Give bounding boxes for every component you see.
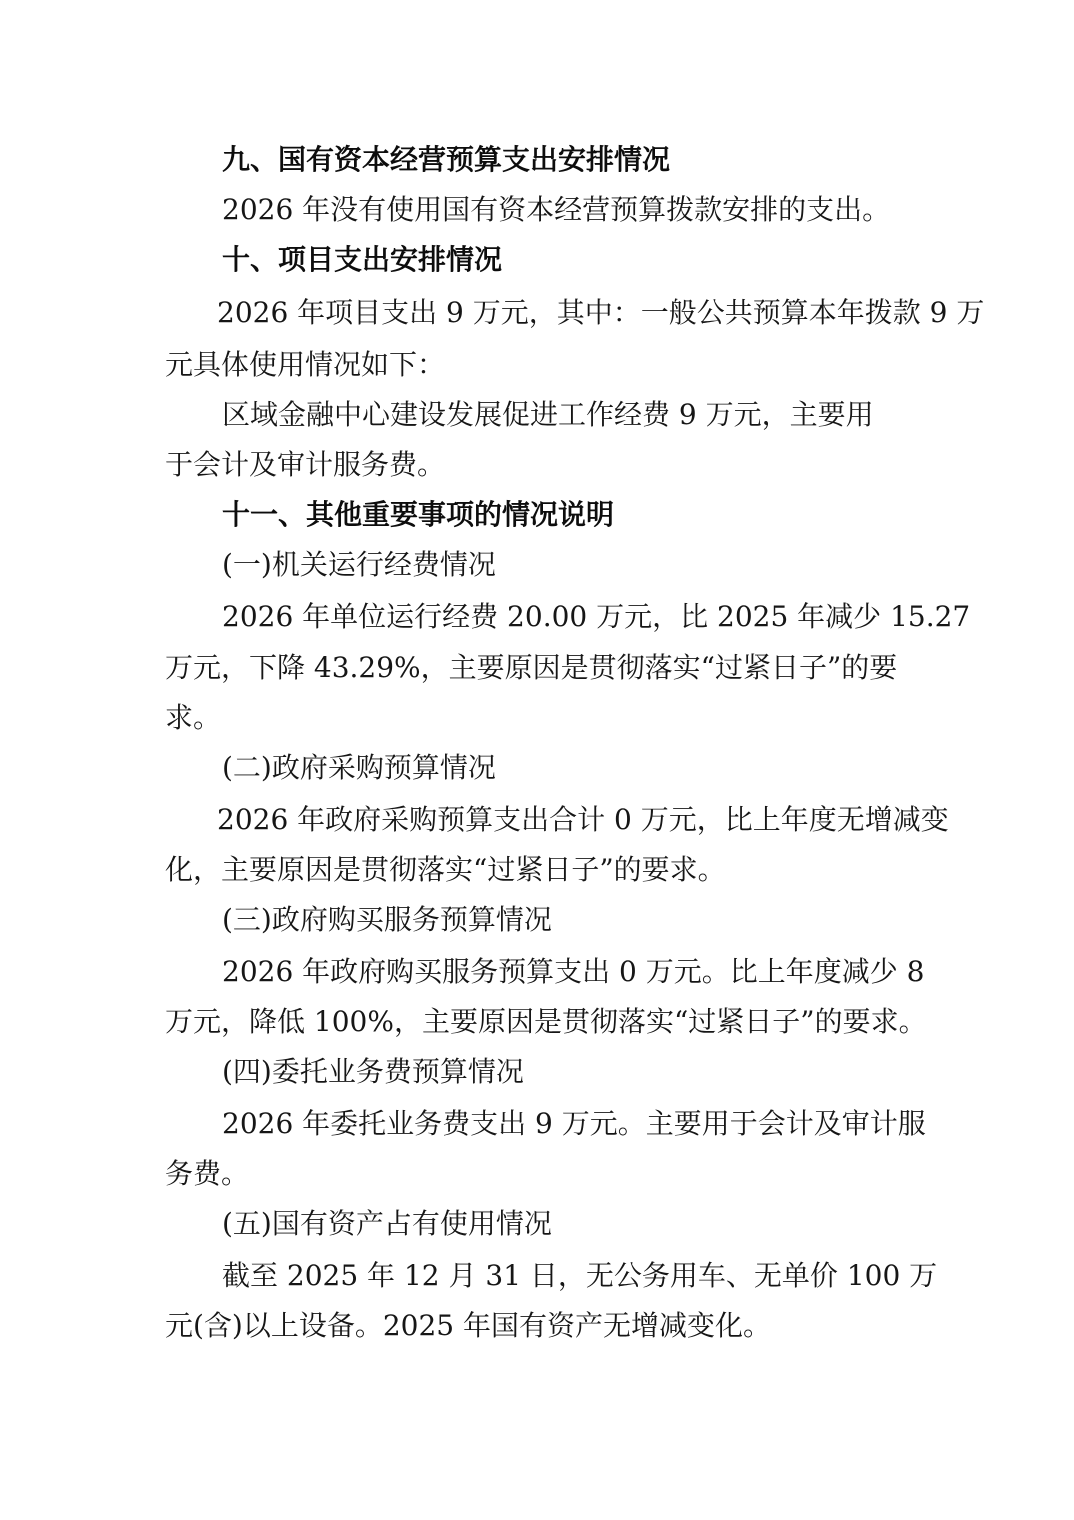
section-heading-9: 九、国有资本经营预算支出安排情况: [222, 140, 670, 180]
subsection-1-line-2: 万元，下降 43.29%，主要原因是贯彻落实“过紧日子”的要: [165, 648, 897, 688]
section-heading-11: 十一、其他重要事项的情况说明: [222, 495, 614, 535]
subsection-3-line-1: 2026 年政府购买服务预算支出 0 万元。比上年度减少 8: [222, 952, 925, 992]
section-10-paragraph-1-line-1: 2026 年项目支出 9 万元，其中：一般公共预算本年拨款 9 万: [217, 293, 984, 333]
subsection-1-line-1: 2026 年单位运行经费 20.00 万元，比 2025 年减少 15.27: [222, 597, 970, 637]
subsection-5-line-1: 截至 2025 年 12 月 31 日，无公务用车、无单价 100 万: [222, 1256, 937, 1296]
subsection-4-line-2: 务费。: [165, 1154, 249, 1194]
subsection-3-line-2: 万元，降低 100%，主要原因是贯彻落实“过紧日子”的要求。: [165, 1002, 927, 1042]
subsection-1-line-3: 求。: [165, 698, 221, 738]
section-heading-10: 十、项目支出安排情况: [222, 240, 502, 280]
section-9-paragraph: 2026 年没有使用国有资本经营预算拨款安排的支出。: [222, 190, 890, 230]
subsection-title-3: (三)政府购买服务预算情况: [222, 900, 552, 940]
subsection-title-1: (一)机关运行经费情况: [222, 545, 496, 585]
subsection-title-2: (二)政府采购预算情况: [222, 748, 496, 788]
section-10-paragraph-2-line-1: 区域金融中心建设发展促进工作经费 9 万元，主要用: [222, 395, 874, 435]
subsection-2-line-1: 2026 年政府采购预算支出合计 0 万元，比上年度无增减变: [217, 800, 949, 840]
subsection-title-4: (四)委托业务费预算情况: [222, 1052, 524, 1092]
section-10-paragraph-2-line-2: 于会计及审计服务费。: [165, 445, 445, 485]
subsection-4-line-1: 2026 年委托业务费支出 9 万元。主要用于会计及审计服: [222, 1104, 926, 1144]
subsection-title-5: (五)国有资产占有使用情况: [222, 1204, 552, 1244]
subsection-5-line-2: 元(含)以上设备。2025 年国有资产无增减变化。: [165, 1306, 771, 1346]
section-10-paragraph-1-line-2: 元具体使用情况如下：: [165, 345, 445, 385]
subsection-2-line-2: 化，主要原因是贯彻落实“过紧日子”的要求。: [165, 850, 726, 890]
